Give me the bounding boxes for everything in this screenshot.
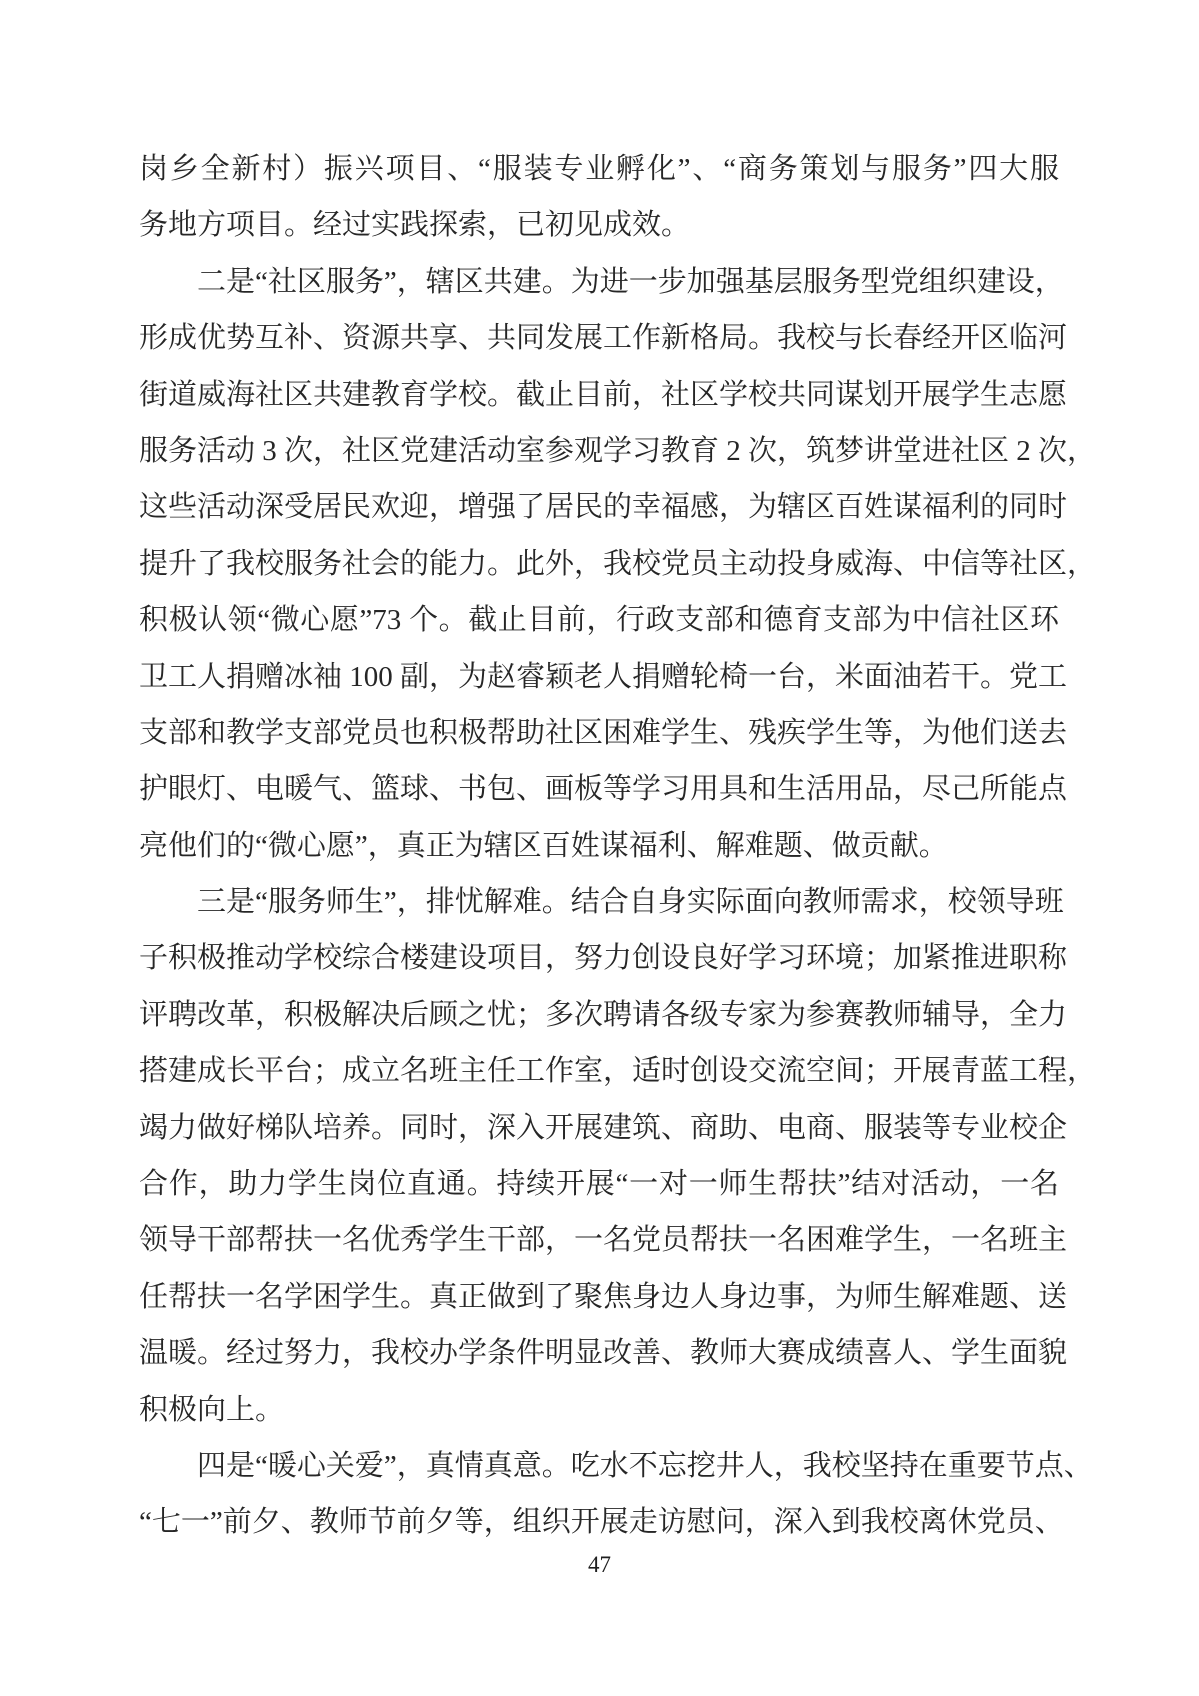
text-line: 积极认领“微心愿”73 个。截止目前，行政支部和德育支部为中信社区环 <box>139 592 1059 648</box>
paragraph-serving-teachers-students: 三是“服务师生”，排忧解难。结合自身实际面向教师需求，校领导班 子积极推动学校综… <box>139 874 1059 1438</box>
text-line: 搭建成长平台；成立名班主任工作室，适时创设交流空间；开展青蓝工程， <box>139 1043 1059 1099</box>
text-line: 形成优势互补、资源共享、共同发展工作新格局。我校与长春经开区临河 <box>139 310 1059 366</box>
text-line: 合作，助力学生岗位直通。持续开展“一对一师生帮扶”结对活动，一名 <box>139 1156 1059 1212</box>
paragraph-community-service: 二是“社区服务”，辖区共建。为进一步加强基层服务型党组织建设， 形成优势互补、资… <box>139 254 1059 874</box>
text-line: 竭力做好梯队培养。同时，深入开展建筑、商助、电商、服装等专业校企 <box>139 1100 1059 1156</box>
text-line: 温暖。经过努力，我校办学条件明显改善、教师大赛成绩喜人、学生面貌 <box>139 1325 1059 1381</box>
text-line: 支部和教学支部党员也积极帮助社区困难学生、残疾学生等，为他们送去 <box>139 705 1059 761</box>
text-line: 务地方项目。经过实践探索，已初见成效。 <box>139 197 1059 253</box>
text-line: 这些活动深受居民欢迎，增强了居民的幸福感，为辖区百姓谋福利的同时 <box>139 479 1059 535</box>
text-line: 评聘改革，积极解决后顾之忧；多次聘请各级专家为参赛教师辅导，全力 <box>139 987 1059 1043</box>
text-line: 子积极推动学校综合楼建设项目，努力创设良好学习环境；加紧推进职称 <box>139 930 1059 986</box>
text-line: 任帮扶一名学困学生。真正做到了聚焦身边人身边事，为师生解难题、送 <box>139 1269 1059 1325</box>
document-body: 岗乡全新村）振兴项目、“服装专业孵化”、“商务策划与服务”四大服 务地方项目。经… <box>139 141 1059 1551</box>
text-line: 领导干部帮扶一名优秀学生干部，一名党员帮扶一名困难学生，一名班主 <box>139 1212 1059 1268</box>
paragraph-continued: 岗乡全新村）振兴项目、“服装专业孵化”、“商务策划与服务”四大服 务地方项目。经… <box>139 141 1059 254</box>
text-line: 三是“服务师生”，排忧解难。结合自身实际面向教师需求，校领导班 <box>139 874 1059 930</box>
page-number: 47 <box>0 1552 1199 1578</box>
text-line: 卫工人捐赠冰袖 100 副，为赵睿颖老人捐赠轮椅一台，米面油若干。党工 <box>139 649 1059 705</box>
text-line: 四是“暖心关爱”，真情真意。吃水不忘挖井人，我校坚持在重要节点、 <box>139 1438 1059 1494</box>
text-line: 提升了我校服务社会的能力。此外，我校党员主动投身威海、中信等社区， <box>139 536 1059 592</box>
document-page: 岗乡全新村）振兴项目、“服装专业孵化”、“商务策划与服务”四大服 务地方项目。经… <box>0 0 1199 1696</box>
text-line: 二是“社区服务”，辖区共建。为进一步加强基层服务型党组织建设， <box>139 254 1059 310</box>
text-line: 街道威海社区共建教育学校。截止目前，社区学校共同谋划开展学生志愿 <box>139 367 1059 423</box>
text-line: 护眼灯、电暖气、篮球、书包、画板等学习用具和生活用品，尽己所能点 <box>139 761 1059 817</box>
paragraph-warm-care: 四是“暖心关爱”，真情真意。吃水不忘挖井人，我校坚持在重要节点、 “七一”前夕、… <box>139 1438 1059 1551</box>
text-line: 积极向上。 <box>139 1382 1059 1438</box>
text-line: “七一”前夕、教师节前夕等，组织开展走访慰问，深入到我校离休党员、 <box>139 1494 1059 1550</box>
text-line: 亮他们的“微心愿”，真正为辖区百姓谋福利、解难题、做贡献。 <box>139 818 1059 874</box>
text-line: 服务活动 3 次，社区党建活动室参观学习教育 2 次，筑梦讲堂进社区 2 次， <box>139 423 1059 479</box>
text-line: 岗乡全新村）振兴项目、“服装专业孵化”、“商务策划与服务”四大服 <box>139 141 1059 197</box>
